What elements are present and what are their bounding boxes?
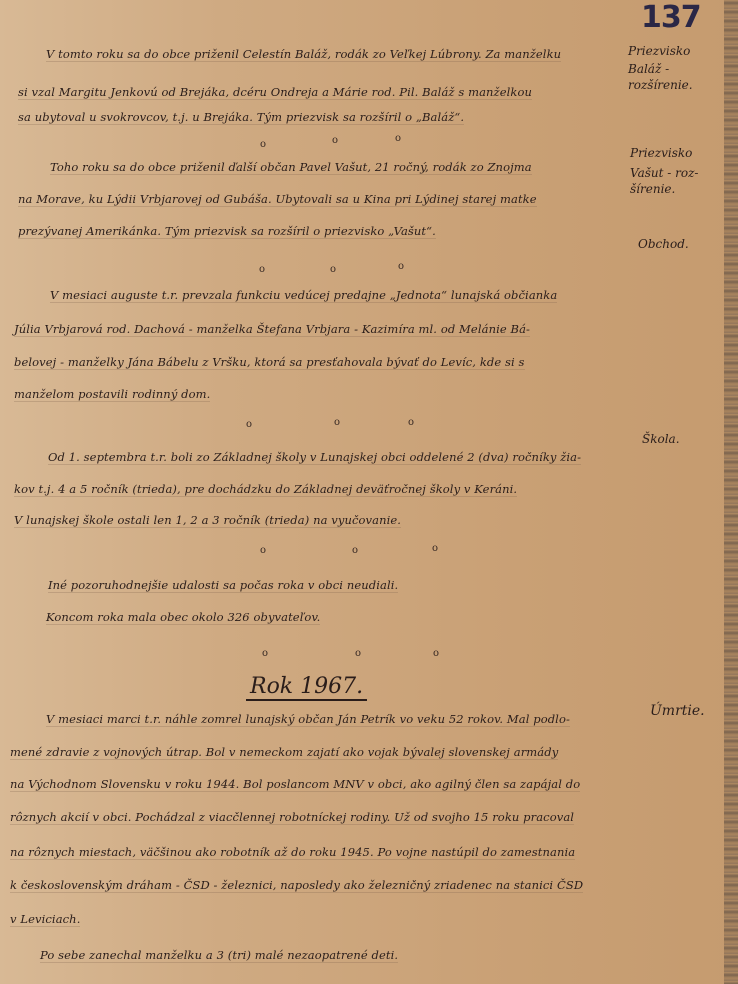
paragraph-line: mené zdravie z vojnových útrap. Bol v ne… <box>10 745 558 760</box>
book-spine <box>724 0 738 984</box>
paragraph-line: na rôznych miestach, väčšinou ako robotn… <box>10 845 575 860</box>
separator-dot: o <box>260 545 266 556</box>
separator-dot: o <box>432 543 438 554</box>
separator-dot: o <box>398 261 404 272</box>
margin-note-skola: Škola. <box>642 428 680 450</box>
paragraph-line: sa ubytoval u svokrovcov, t.j. u Brejáka… <box>18 110 464 125</box>
paragraph-line: prezývanej Amerikánka. Tým priezvisk sa … <box>18 224 436 239</box>
paragraph-line: V lunajskej škole ostali len 1, 2 a 3 ro… <box>14 513 401 528</box>
year-heading: Rok 1967. <box>246 674 367 701</box>
margin-note-priezvisko-balaz: Priezvisko Baláž - rozšírenie. <box>628 40 693 96</box>
separator-dot: o <box>246 419 252 430</box>
paragraph-line: V tomto roku sa do obce priženil Celestí… <box>46 47 561 62</box>
separator-dot: o <box>395 133 401 144</box>
chronicle-page: 137 V tomto roku sa do obce priženil Cel… <box>0 0 738 984</box>
paragraph-line: V mesiaci auguste t.r. prevzala funkciu … <box>50 288 557 303</box>
separator-dot: o <box>352 545 358 556</box>
paragraph-line: V mesiaci marci t.r. náhle zomrel lunajs… <box>46 712 570 727</box>
paragraph-line: Iné pozoruhodnejšie udalosti sa počas ro… <box>48 578 398 593</box>
page-number: 137 <box>641 0 701 35</box>
paragraph-line: rôznych akcií v obci. Pochádzal z viacčl… <box>10 810 574 825</box>
paragraph-line: k československým dráham - ČSD - železni… <box>10 878 583 893</box>
paragraph-line: kov t.j. 4 a 5 ročník (trieda), pre doch… <box>14 482 517 497</box>
separator-dot: o <box>262 648 268 659</box>
paragraph-line: Toho roku sa do obce priženil ďalší obča… <box>50 160 532 175</box>
separator-dot: o <box>355 648 361 659</box>
paragraph-line: si vzal Margitu Jenkovú od Brejáka, dcér… <box>18 85 532 100</box>
separator-dot: o <box>260 139 266 150</box>
paragraph-line: Od 1. septembra t.r. boli zo Základnej š… <box>48 450 581 465</box>
paragraph-line: v Leviciach. <box>10 912 80 927</box>
paragraph-line: Koncom roka mala obec okolo 326 obyvateľ… <box>46 610 320 625</box>
paragraph-line: na Morave, ku Lýdii Vrbjarovej od Gubáša… <box>18 192 537 207</box>
paragraph-line: manželom postavili rodinný dom. <box>14 387 210 402</box>
separator-dot: o <box>433 648 439 659</box>
separator-dot: o <box>408 417 414 428</box>
paragraph-line: Po sebe zanechal manželku a 3 (tri) malé… <box>40 948 398 963</box>
paragraph-line: belovej - manželky Jána Bábelu z Vršku, … <box>14 355 525 370</box>
separator-dot: o <box>334 417 340 428</box>
margin-note-priezvisko-vasut: Priezvisko Vašut - roz- šírenie. <box>630 142 698 200</box>
paragraph-line: na Východnom Slovensku v roku 1944. Bol … <box>10 777 580 792</box>
separator-dot: o <box>332 135 338 146</box>
margin-note-line: Priezvisko <box>630 142 698 164</box>
margin-note-line: rozšírenie. <box>628 74 693 96</box>
paragraph-line: Júlia Vrbjarová rod. Dachová - manželka … <box>14 322 530 337</box>
margin-note-umrtie: Úmrtie. <box>650 700 705 722</box>
separator-dot: o <box>259 264 265 275</box>
separator-dot: o <box>330 264 336 275</box>
margin-note-obchod: Obchod. <box>638 233 689 255</box>
